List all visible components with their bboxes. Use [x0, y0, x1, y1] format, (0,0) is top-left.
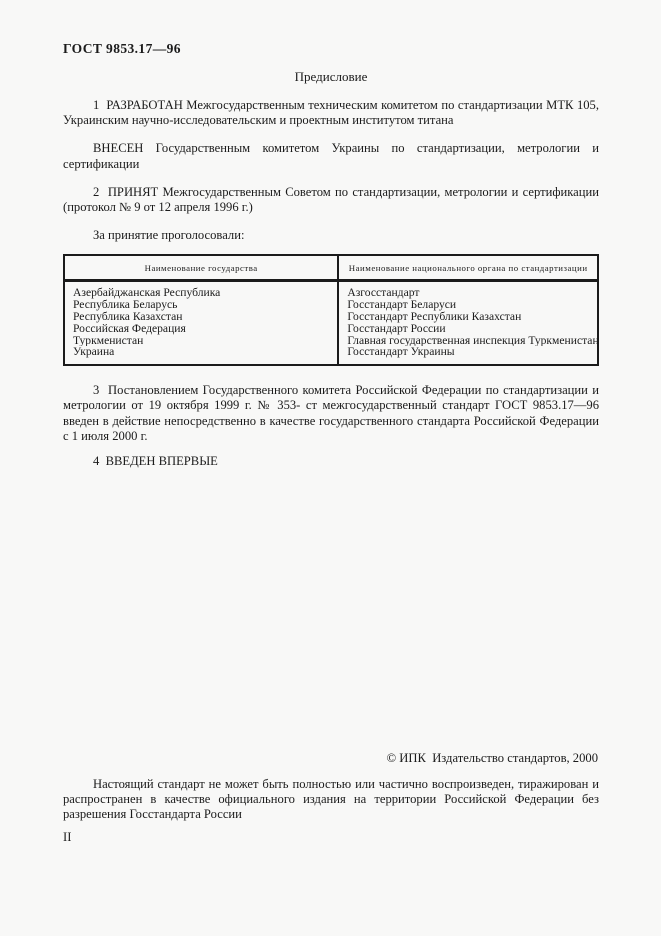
clause-3-resolution: 3 Постановлением Государственного комите…	[63, 383, 599, 444]
table-row: Азербайджанская Республика Азгосстандарт	[64, 281, 598, 299]
org-cell: Госстандарт Украины	[338, 346, 598, 365]
table-row: Республика Беларусь Госстандарт Беларуси	[64, 299, 598, 311]
table-row: Туркменистан Главная государственная инс…	[64, 335, 598, 347]
table-row: Республика Казахстан Госстандарт Республ…	[64, 311, 598, 323]
vote-table-body: Азербайджанская Республика Азгосстандарт…	[64, 281, 598, 365]
country-cell: Российская Федерация	[64, 323, 338, 335]
vote-table-header: Наименование государства Наименование на…	[64, 255, 598, 281]
country-cell: Украина	[64, 346, 338, 365]
doc-number: ГОСТ 9853.17—96	[63, 41, 599, 57]
clause-1-developed: 1 РАЗРАБОТАН Межгосударственным техничес…	[63, 98, 599, 128]
vote-table: Наименование государства Наименование на…	[63, 254, 599, 366]
header-row: Наименование государства Наименование на…	[64, 255, 598, 281]
page-content: ГОСТ 9853.17—96 Предисловие 1 РАЗРАБОТАН…	[63, 41, 599, 469]
org-cell: Азгосстандарт	[338, 281, 598, 299]
org-cell: Госстандарт Республики Казахстан	[338, 311, 598, 323]
clause-2-adopted: 2 ПРИНЯТ Межгосударственным Советом по с…	[63, 185, 599, 215]
page-number: II	[63, 830, 71, 845]
country-cell: Республика Казахстан	[64, 311, 338, 323]
page-title: Предисловие	[63, 69, 599, 85]
country-cell: Туркменистан	[64, 335, 338, 347]
org-cell: Госстандарт России	[338, 323, 598, 335]
table-row: Российская Федерация Госстандарт России	[64, 323, 598, 335]
clause-4-first-introduced: 4 ВВЕДЕН ВПЕРВЫЕ	[63, 454, 599, 469]
country-cell: Республика Беларусь	[64, 299, 338, 311]
country-cell: Азербайджанская Республика	[64, 281, 338, 299]
reproduction-notice: Настоящий стандарт не может быть полност…	[63, 777, 599, 823]
org-cell: Главная государственная инспекция Туркме…	[338, 335, 598, 347]
col-header-org: Наименование национального органа по ста…	[338, 255, 598, 281]
org-cell: Госстандарт Беларуси	[338, 299, 598, 311]
document-page: ГОСТ 9853.17—96 Предисловие 1 РАЗРАБОТАН…	[0, 0, 661, 936]
clause-submitted: ВНЕСЕН Государственным комитетом Украины…	[63, 141, 599, 171]
table-row: Украина Госстандарт Украины	[64, 346, 598, 365]
copyright-line: © ИПК Издательство стандартов, 2000	[387, 751, 598, 766]
vote-intro: За принятие проголосовали:	[63, 228, 599, 243]
col-header-country: Наименование государства	[64, 255, 338, 281]
